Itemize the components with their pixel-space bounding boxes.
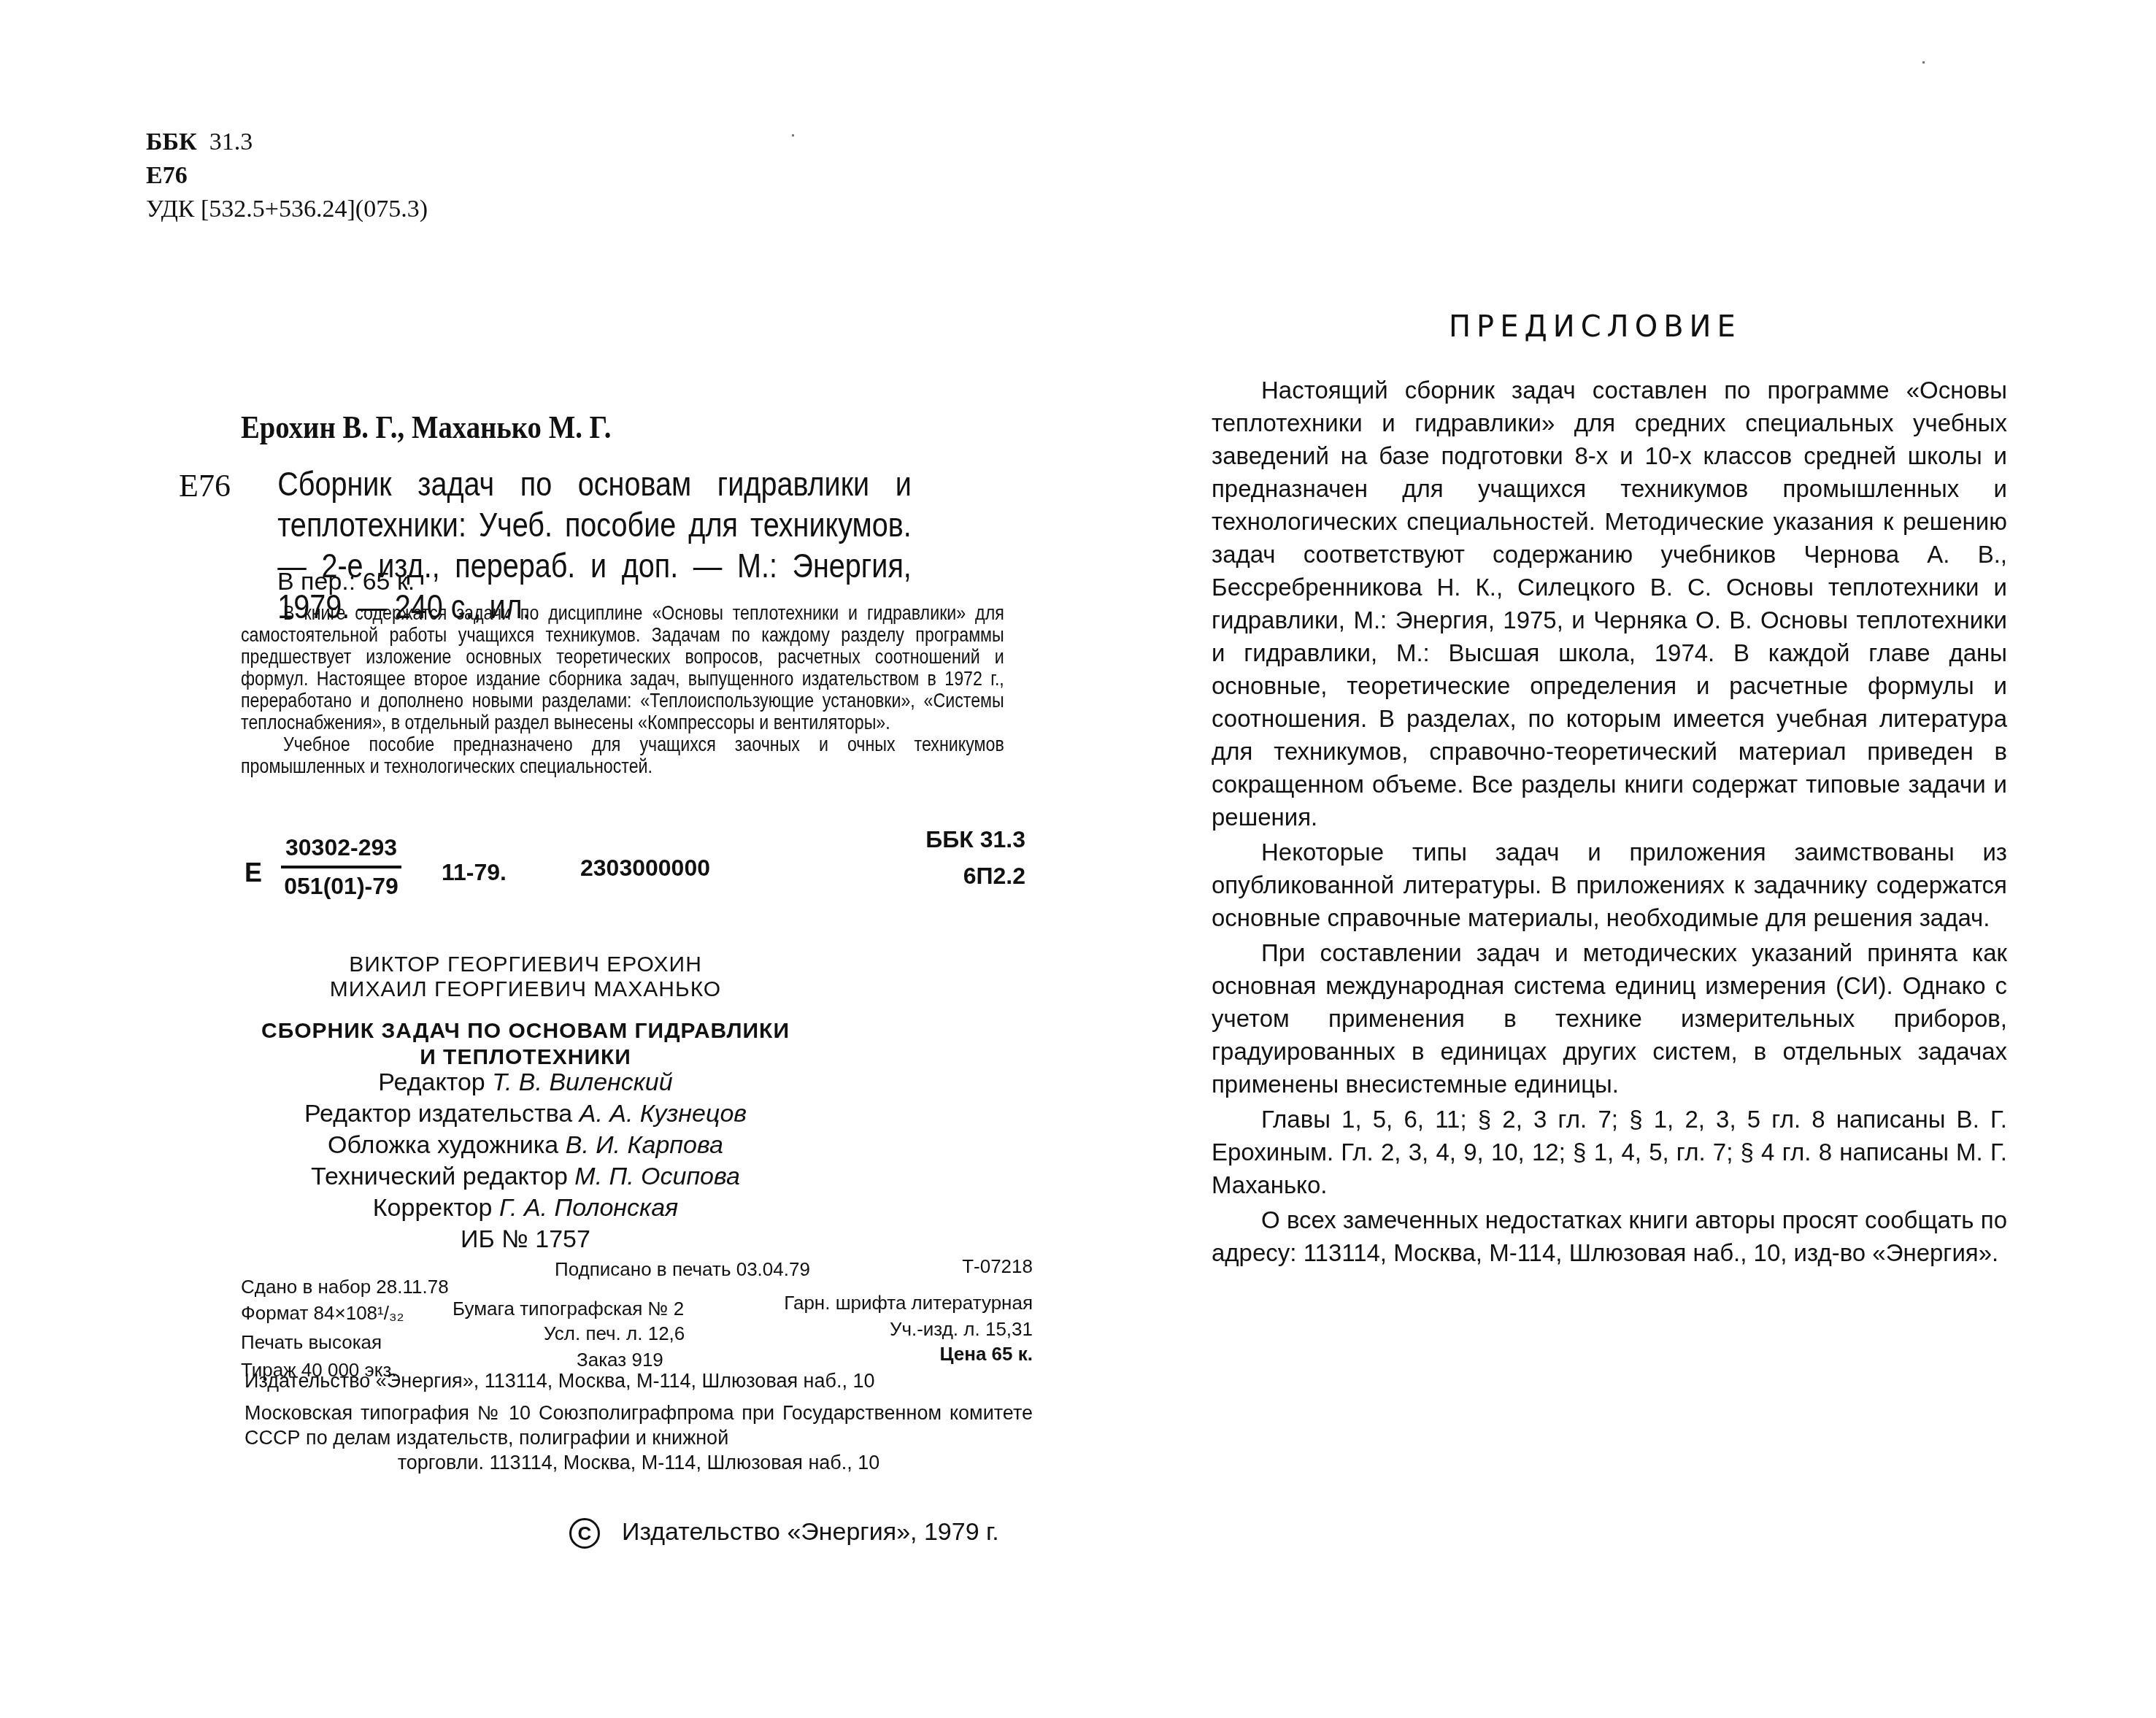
preface-paragraph: Главы 1, 5, 6, 11; § 2, 3 гл. 7; § 1, 2,… — [1212, 1103, 2007, 1201]
preface-paragraph: Настоящий сборник задач составлен по про… — [1212, 374, 2007, 833]
scan-speck — [1922, 61, 1925, 63]
preface-paragraph: О всех замеченных недостатках книги авто… — [1212, 1203, 2007, 1269]
preface-paragraph: Некоторые типы задач и приложения заимст… — [1212, 836, 2007, 934]
right-page: ПРЕДИСЛОВИЕ Настоящий сборник задач сост… — [0, 0, 2156, 1718]
preface-body: Настоящий сборник задач составлен по про… — [1212, 374, 2007, 1271]
preface-title: ПРЕДИСЛОВИЕ — [1449, 310, 1741, 344]
preface-paragraph: При составлении задач и методических ука… — [1212, 936, 2007, 1101]
scan-speck — [792, 134, 794, 136]
